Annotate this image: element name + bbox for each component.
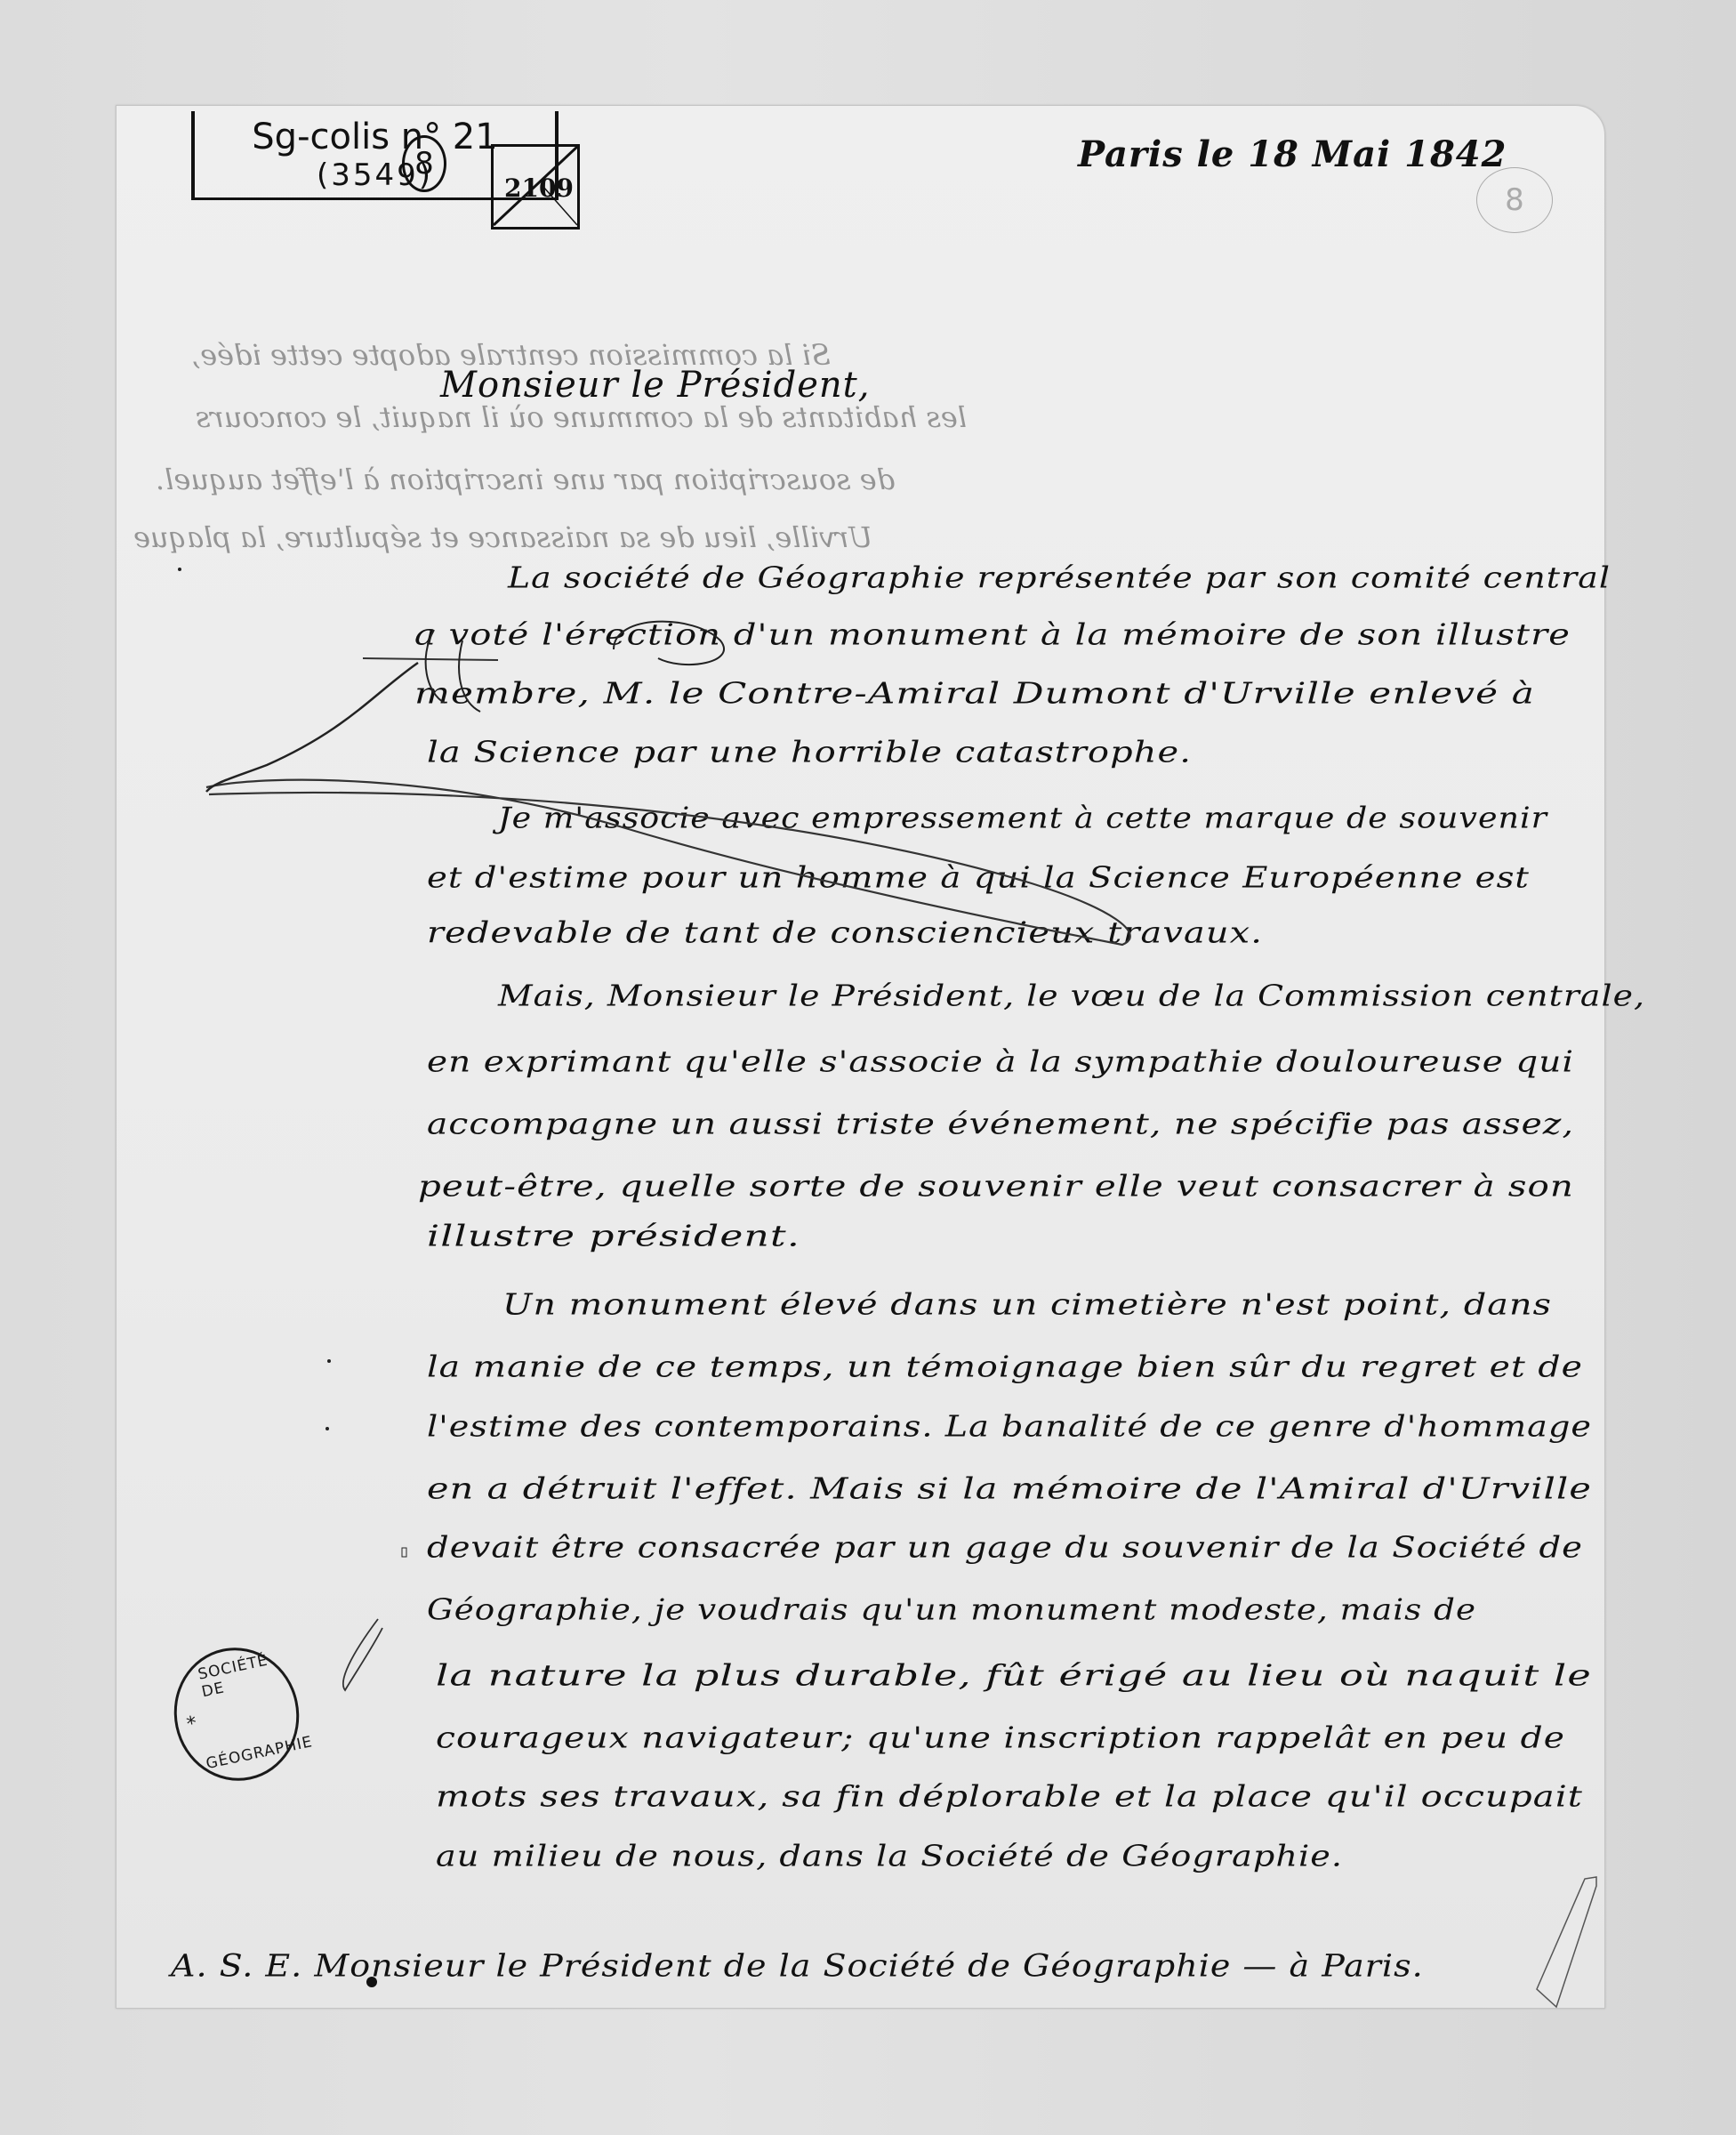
letter-line: membre, M. le Contre-Amiral Dumont d'Urv… — [414, 677, 1535, 711]
faint-folio-digit: 8 — [1505, 182, 1524, 218]
letter-line: en a détruit l'effet. Mais si la mémoire… — [427, 1472, 1592, 1506]
letter-line: illustre président. — [427, 1220, 800, 1253]
letter-line: courageux navigateur; qu'une inscription… — [436, 1721, 1565, 1755]
letter-line: devait être consacrée par un gage du sou… — [427, 1531, 1583, 1565]
letter-line: peut-être, quelle sorte de souvenir elle… — [418, 1170, 1574, 1204]
crossed-out-number-box: 2109 — [491, 144, 580, 230]
letter-line: redevable de tant de consciencieux trava… — [427, 916, 1263, 950]
recipient-address: A. S. E. Monsieur le Président de la Soc… — [171, 1948, 1424, 1984]
bleed-through-line: de souscription par une inscription à l'… — [156, 463, 895, 496]
letter-line: la Science par une horrible catastrophe. — [427, 736, 1192, 769]
letter-line: mots ses travaux, sa fin déplorable et l… — [436, 1780, 1583, 1814]
letter-line: et d'estime pour un homme à qui la Scien… — [427, 861, 1530, 895]
letter-line: Je m'associe avec empressement à cette m… — [498, 802, 1547, 835]
letter-line: l'estime des contemporains. La banalité … — [427, 1410, 1592, 1444]
letter-line: Géographie, je voudrais qu'un monument m… — [427, 1593, 1476, 1627]
stamp-text-top: SOCIÉTÉ DE — [197, 1648, 291, 1701]
letter-line: en exprimant qu'elle s'associe à la symp… — [427, 1045, 1574, 1079]
letter-date: Paris le 18 Mai 1842 — [1078, 133, 1507, 175]
stamp-star-icon: * — [185, 1712, 200, 1736]
letter-line: Mais, Monsieur le Président, le vœu de l… — [498, 979, 1645, 1013]
letter-line: La société de Géographie représentée par… — [508, 561, 1611, 595]
bleed-through-line: Urville, lieu de sa naissance et sépultu… — [133, 520, 872, 554]
letter-line: au milieu de nous, dans la Société de Gé… — [436, 1840, 1343, 1873]
faint-folio-number: 8 — [1476, 167, 1553, 233]
folio-number: 8 — [414, 146, 434, 181]
cross-out-mark-icon — [494, 147, 577, 227]
letter-line: a voté l'érection d'un monument à la mém… — [414, 618, 1571, 652]
letter-line: accompagne un aussi triste événement, ne… — [427, 1108, 1574, 1141]
letter-line: Un monument élevé dans un cimetière n'es… — [502, 1288, 1552, 1322]
salutation: Monsieur le Président, — [440, 365, 870, 406]
letter-line: la nature la plus durable, fût érigé au … — [436, 1659, 1592, 1693]
folio-number-circled: 8 — [402, 135, 446, 192]
letter-line: la manie de ce temps, un témoignage bien… — [427, 1350, 1583, 1384]
